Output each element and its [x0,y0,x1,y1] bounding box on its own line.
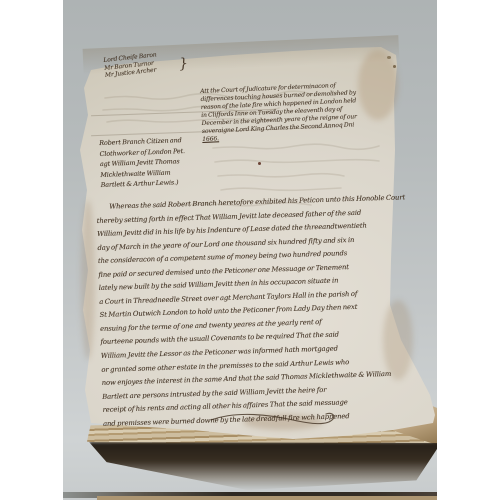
paper-speck [393,65,396,68]
fire-court-heading-block: Att the Court of Judicature for determin… [200,79,414,144]
parties-block: Robert Branch Citizen andClothworker of … [99,135,186,191]
ink-spot [258,162,261,165]
stack-shadow [89,442,437,490]
petition-body-block: Whereas the said Robert Branch heretofor… [96,191,412,431]
auction-photo-page: Lord Cheife BaronMr Baron TurnorMr Justi… [0,0,500,500]
marginalia-brace: } [178,56,189,73]
paper-stain [81,200,95,360]
table-edge-paper [97,496,437,500]
paper-speck [387,56,391,59]
manuscript-photo: Lord Cheife BaronMr Baron TurnorMr Justi… [63,0,437,500]
